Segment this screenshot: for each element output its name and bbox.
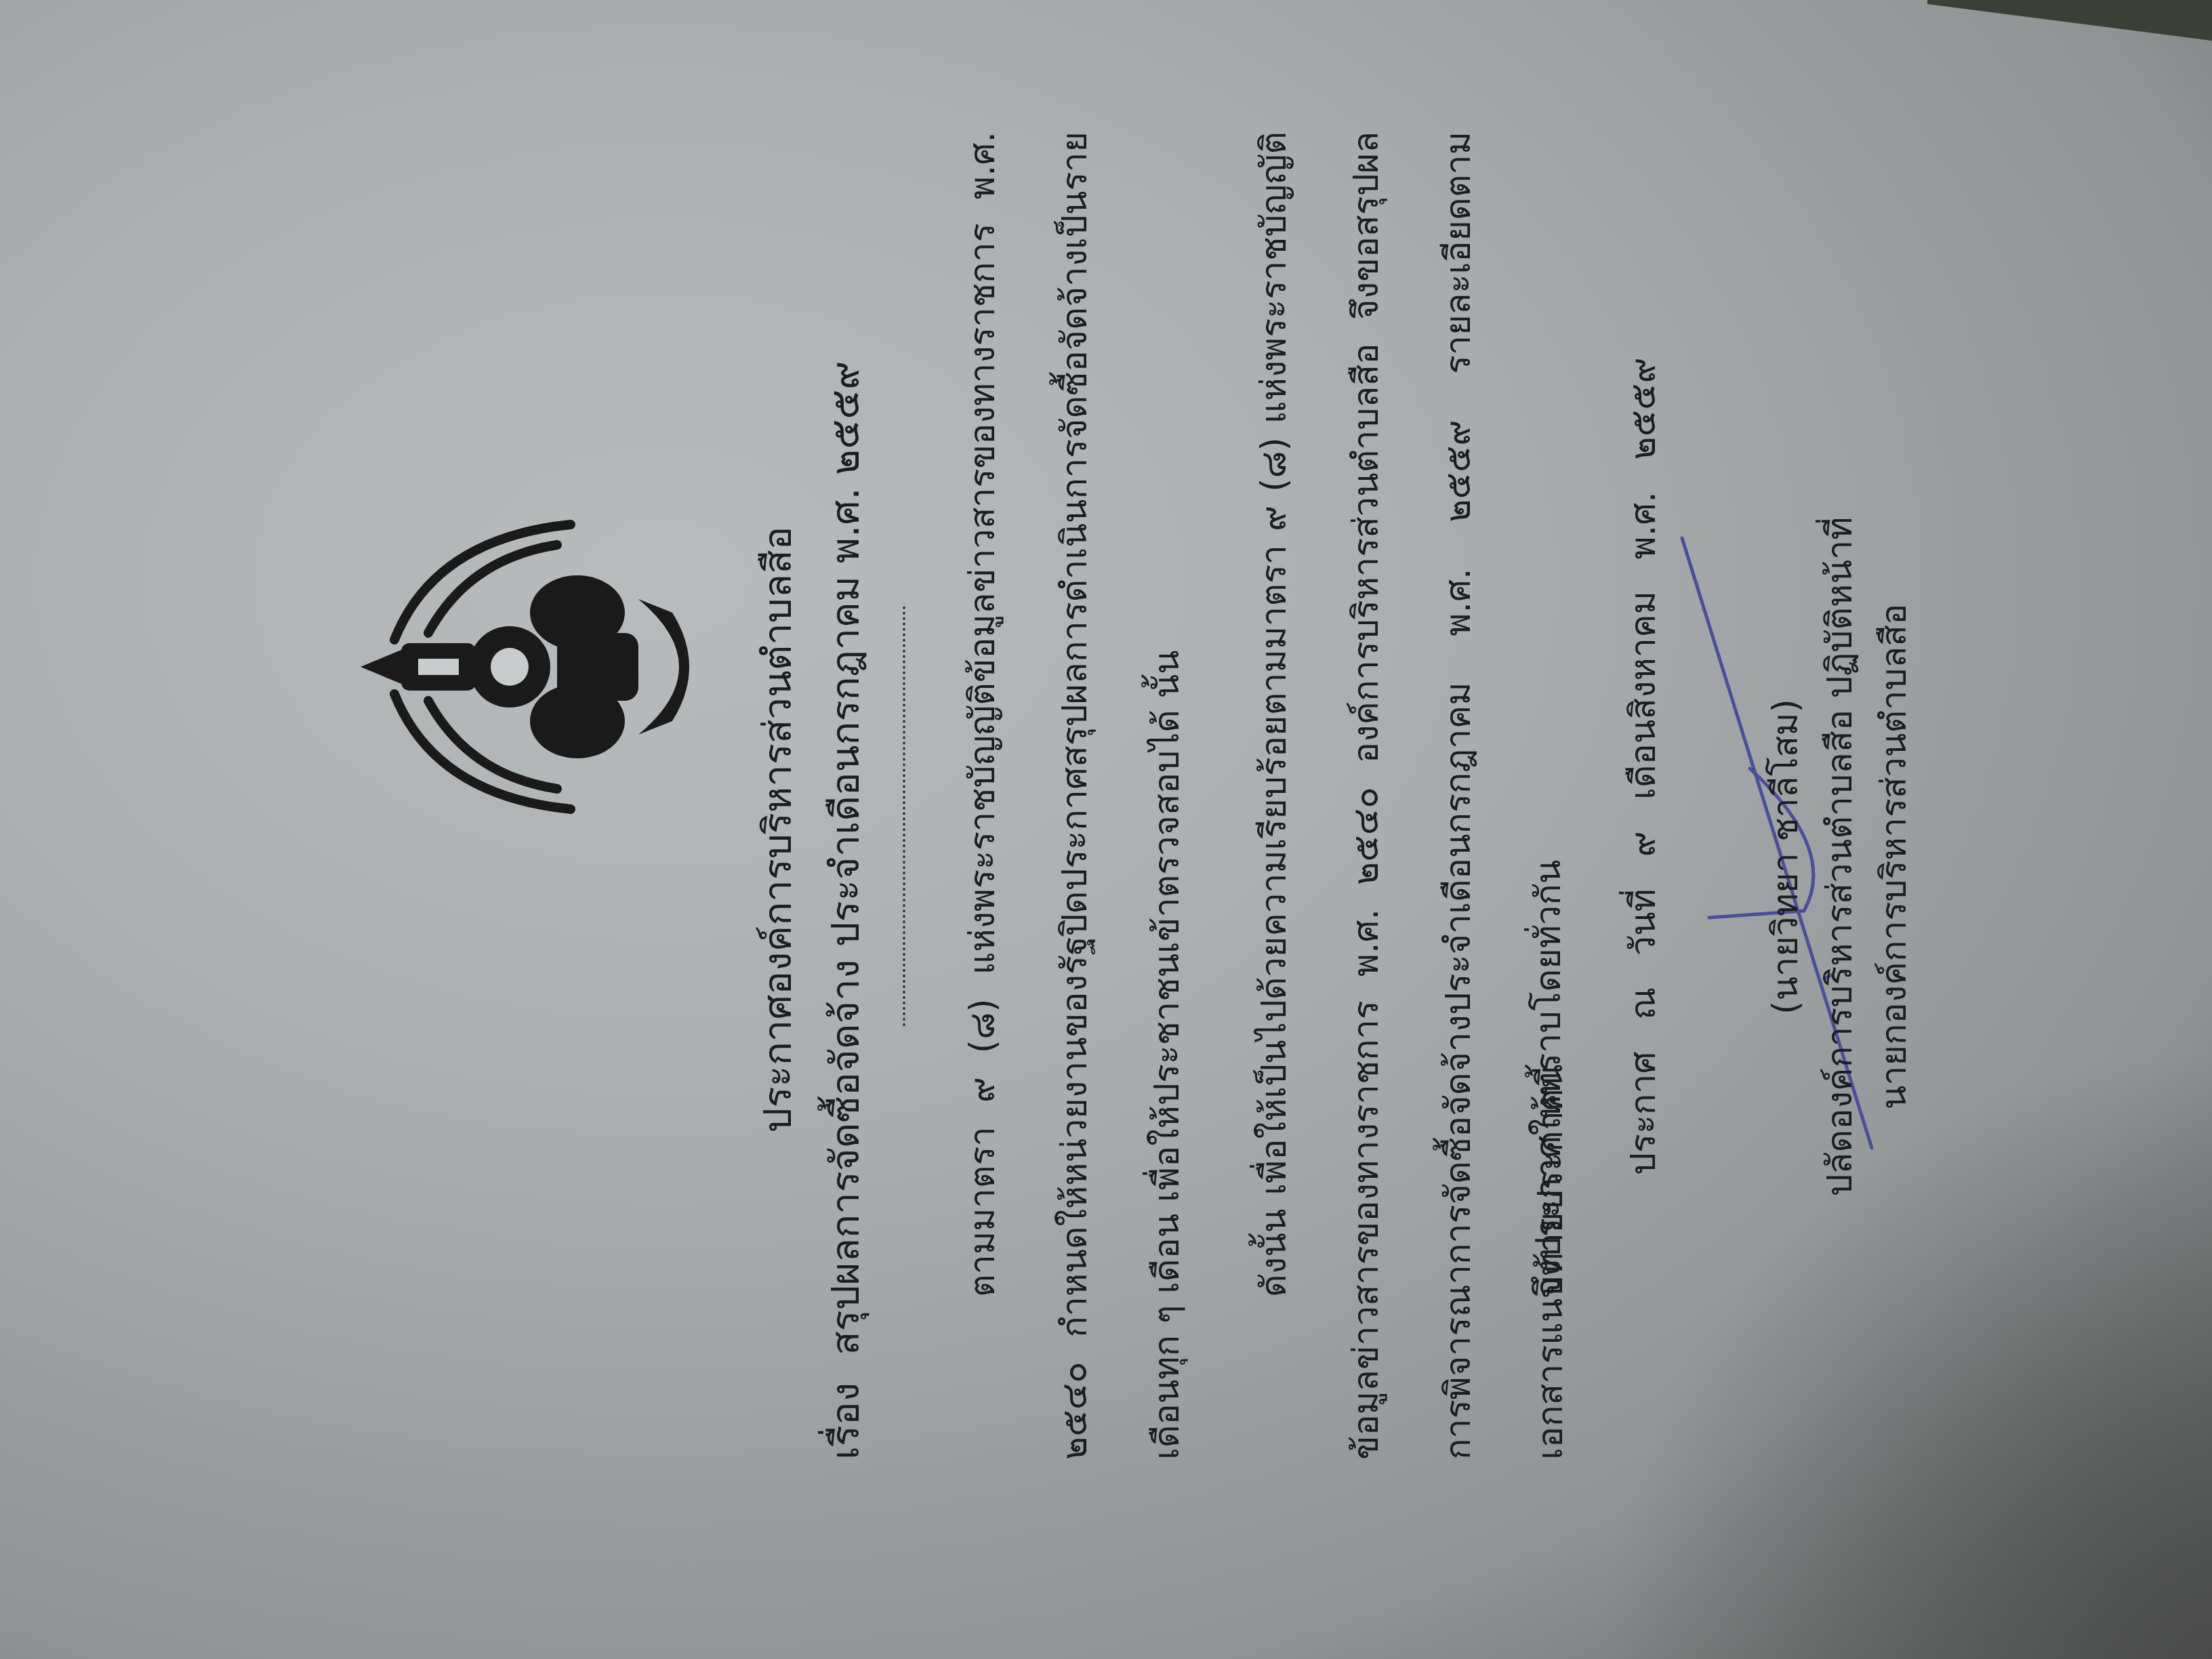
paragraph-1: ตามมาตรา ๙ (๘) แห่งพระราชบัญญัติข้อมูลข่…	[937, 131, 1213, 1460]
signatory-position: ปลัดองค์การบริหารส่วนตำบลสือ ปฏิบัติหน้า…	[1811, 457, 1867, 1256]
subject-text: สรุปผลการจัดซื้อจัดจ้าง ประจำเดือนกรกฎาค…	[822, 361, 868, 1355]
signatory-title: นายกองค์การบริหารส่วนตำบลสือ	[1865, 457, 1921, 1256]
subject-label: เรื่อง	[822, 1382, 868, 1460]
dotted-divider	[903, 606, 905, 1026]
date-line: ประกาศ ณ วันที่ ๙ เดือนสิงหาคม พ.ศ. ๒๕๕๙	[1614, 358, 1671, 1176]
announcement-title: ประกาศองค์การบริหารส่วนตำบลสือ	[747, 118, 808, 1541]
garuda-emblem-icon	[354, 497, 720, 836]
closing-statement: จึงประกาศให้ทราบโดยทั่วกัน	[1519, 860, 1576, 1297]
signatory-name: (นายวิทยา ชาลีโสม)	[1757, 552, 1813, 1162]
subject-line: เรื่องสรุปผลการจัดซื้อจัดจ้าง ประจำเดือน…	[815, 118, 876, 1460]
announcement-page: ประกาศองค์การบริหารส่วนตำบลสือ เรื่องสรุ…	[327, 118, 1885, 1541]
